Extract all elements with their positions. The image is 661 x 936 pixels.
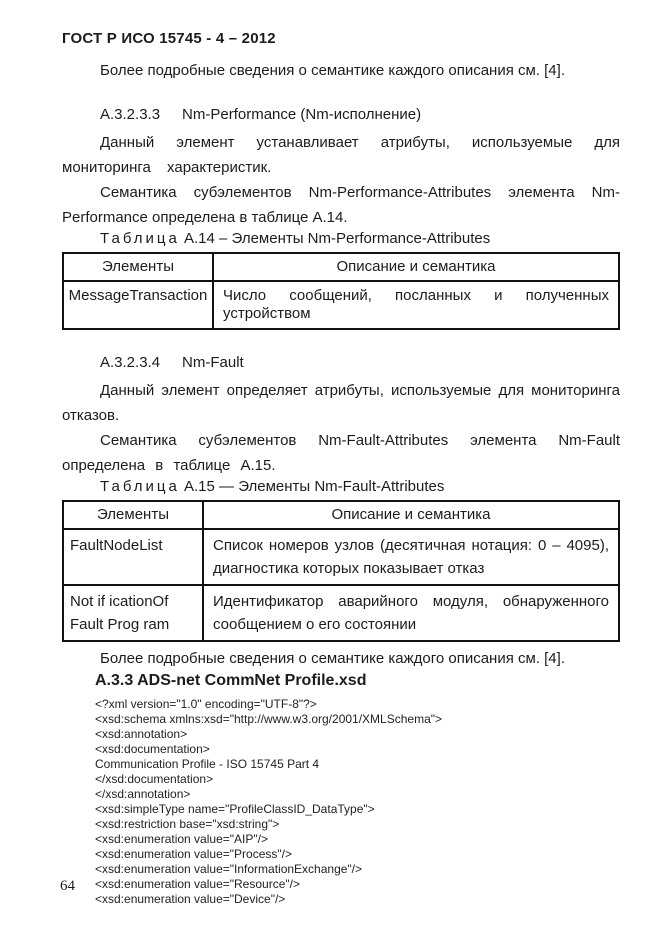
- table-caption-label: Таблица: [100, 230, 180, 247]
- code-line: </xsd:documentation>: [95, 772, 620, 787]
- note-paragraph-bottom: Более подробные сведения о семантике каж…: [62, 650, 620, 668]
- table-caption-text: А.14 – Элементы Nm-Performance-Attribute…: [184, 230, 490, 247]
- code-line: <xsd:annotation>: [95, 727, 620, 742]
- document-page: ГОСТ Р ИСО 15745 - 4 – 2012 Более подроб…: [0, 0, 661, 936]
- section-title: Nm-Performance (Nm-исполнение): [182, 106, 421, 123]
- column-header-description: Описание и семантика: [203, 501, 619, 529]
- code-line: <xsd:enumeration value="InformationExcha…: [95, 862, 620, 877]
- section-title: Nm-Fault: [182, 354, 244, 371]
- code-line: Communication Profile - ISO 15745 Part 4: [95, 757, 620, 772]
- column-header-description: Описание и семантика: [213, 253, 619, 281]
- section-heading-nm-fault: А.3.2.3.4Nm-Fault: [62, 354, 620, 372]
- table-a14: Элементы Описание и семантика MessageTra…: [62, 252, 620, 330]
- cell-element-description: Список номеров узлов (десятичная нотация…: [203, 529, 619, 585]
- note-paragraph-top: Более подробные сведения о семантике каж…: [62, 62, 620, 80]
- page-number: 64: [60, 878, 75, 895]
- cell-element-name: MessageTransaction: [63, 281, 213, 329]
- table-caption-text: А.15 — Элементы Nm-Fault-Attributes: [184, 478, 444, 495]
- code-line: <xsd:enumeration value="AIP"/>: [95, 832, 620, 847]
- section-heading-nm-performance: А.3.2.3.3Nm-Performance (Nm-исполнение): [62, 106, 620, 124]
- code-line: <xsd:schema xmlns:xsd="http://www.w3.org…: [95, 712, 620, 727]
- table-a15: Элементы Описание и семантика FaultNodeL…: [62, 500, 620, 642]
- table-row: FaultNodeList Список номеров узлов (деся…: [63, 529, 619, 585]
- code-line: <xsd:enumeration value="Device"/>: [95, 892, 620, 907]
- paragraph: Данный элемент устанавливает атрибуты, и…: [62, 130, 620, 180]
- code-line: </xsd:annotation>: [95, 787, 620, 802]
- code-line: <?xml version="1.0" encoding="UTF-8"?>: [95, 697, 620, 712]
- table-caption-a14: Таблица А.14 – Элементы Nm-Performance-A…: [62, 230, 620, 248]
- paragraph: Данный элемент определяет атрибуты, испо…: [62, 378, 620, 428]
- cell-element-name: Not if icationOf Fault Prog ram: [63, 585, 203, 641]
- section-heading-xsd: A.3.3 ADS-net CommNet Profile.xsd: [95, 671, 620, 690]
- code-line: <xsd:documentation>: [95, 742, 620, 757]
- table-caption-a15: Таблица А.15 — Элементы Nm-Fault-Attribu…: [62, 478, 620, 496]
- section-number: А.3.2.3.3: [100, 106, 160, 123]
- cell-element-description: Идентификатор аварийного модуля, обнаруж…: [203, 585, 619, 641]
- table-row: Not if icationOf Fault Prog ram Идентифи…: [63, 585, 619, 641]
- code-line: <xsd:enumeration value="Process"/>: [95, 847, 620, 862]
- code-line: <xsd:restriction base="xsd:string">: [95, 817, 620, 832]
- column-header-elements: Элементы: [63, 501, 203, 529]
- code-line: <xsd:enumeration value="Resource"/>: [95, 877, 620, 892]
- code-line: <xsd:simpleType name="ProfileClassID_Dat…: [95, 802, 620, 817]
- document-header: ГОСТ Р ИСО 15745 - 4 – 2012: [62, 30, 620, 48]
- section-number: А.3.2.3.4: [100, 354, 160, 371]
- table-header-row: Элементы Описание и семантика: [63, 253, 619, 281]
- table-row: MessageTransaction Число сообщений, посл…: [63, 281, 619, 329]
- paragraph: Семантика субэлементов Nm-Performance-At…: [62, 180, 620, 230]
- cell-element-name: FaultNodeList: [63, 529, 203, 585]
- paragraph: Семантика субэлементов Nm-Fault-Attribut…: [62, 428, 620, 478]
- table-header-row: Элементы Описание и семантика: [63, 501, 619, 529]
- xsd-code-block: <?xml version="1.0" encoding="UTF-8"?> <…: [95, 697, 620, 907]
- column-header-elements: Элементы: [63, 253, 213, 281]
- cell-element-description: Число сообщений, посланных и полученных …: [213, 281, 619, 329]
- table-caption-label: Таблица: [100, 478, 180, 495]
